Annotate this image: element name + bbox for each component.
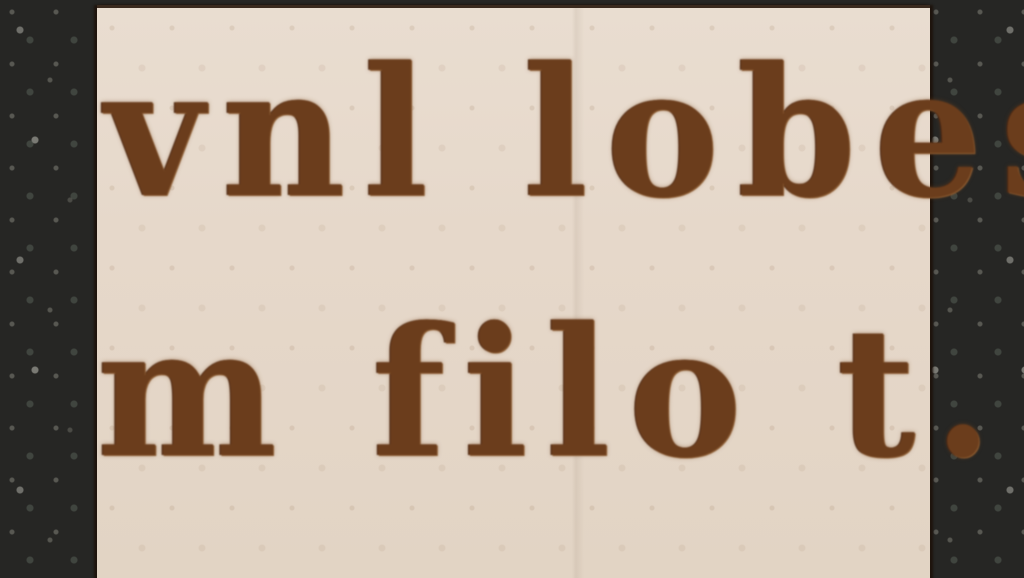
- parchment-fragment: vnl lobes m filo t.: [97, 5, 930, 578]
- script-line-2: m filo t.: [97, 304, 1011, 483]
- script-line-1: vnl lobes: [105, 44, 1024, 223]
